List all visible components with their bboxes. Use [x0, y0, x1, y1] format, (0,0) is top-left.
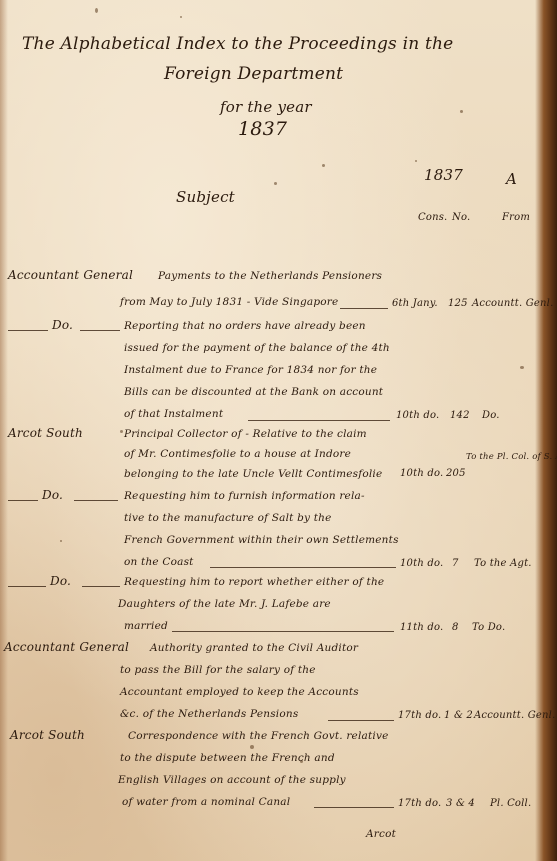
leader-rule [8, 500, 38, 501]
ink-spot [120, 430, 123, 433]
manuscript-page: The Alphabetical Index to the Proceeding… [0, 0, 557, 861]
entry-line: to the dispute between the French and [120, 752, 335, 764]
ink-spot [250, 745, 254, 749]
entry-line: from May to July 1831 - Vide Singapore [120, 296, 338, 308]
entry-from: Accountt. Genl. [472, 298, 553, 309]
entry-number: 3 & 4 [446, 798, 475, 809]
header-from: From [502, 212, 530, 223]
title-line-2: Foreign Department [164, 64, 343, 84]
leader-rule [8, 586, 46, 587]
title-line-1: The Alphabetical Index to the Proceeding… [22, 34, 453, 54]
entry-from: Accountt. Genl. [474, 710, 555, 721]
leader-rule [74, 500, 118, 501]
header-cons: Cons. [418, 212, 447, 223]
entry-heading: Accountant General [8, 268, 133, 282]
entry-number: 205 [446, 468, 466, 479]
entry-line: Correspondence with the French Govt. rel… [128, 730, 389, 742]
leader-rule [80, 330, 120, 331]
entry-line: of water from a nominal Canal [122, 796, 290, 808]
page-edge-left [0, 0, 8, 861]
entry-line: Authority granted to the Civil Auditor [150, 642, 358, 654]
ink-spot [415, 160, 417, 162]
leader-rule [248, 420, 390, 421]
entry-heading: Accountant General [4, 640, 129, 654]
entry-heading: Do. [50, 574, 71, 588]
subject-column-label: Subject [176, 188, 235, 206]
title-line-3: for the year [220, 98, 312, 116]
entry-from: Pl. Coll. [490, 798, 531, 809]
entry-line: Payments to the Netherlands Pensioners [158, 270, 382, 282]
leader-rule [340, 308, 388, 309]
entry-date: 17th do. [398, 710, 441, 721]
entry-line: of that Instalment [124, 408, 223, 420]
entry-from: To Do. [472, 622, 505, 633]
entry-line: Principal Collector of - Relative to the… [124, 428, 367, 440]
entry-date: 6th Jany. [392, 298, 438, 309]
entry-line: Requesting him to report whether either … [124, 576, 384, 588]
entry-heading: Arcot South [8, 426, 83, 440]
leader-rule [314, 807, 394, 808]
leader-rule [172, 631, 394, 632]
ink-spot [460, 110, 463, 113]
catchword: Arcot [366, 828, 396, 840]
entry-line: Instalment due to France for 1834 nor fo… [124, 364, 377, 376]
entry-from: To the Pl. Col. of S. Arcot [466, 452, 557, 462]
entry-number: 7 [452, 558, 459, 569]
header-no: No. [452, 212, 470, 223]
ink-spot [322, 164, 325, 167]
entry-line: Daughters of the late Mr. J. Lafebe are [118, 598, 331, 610]
entry-date: 10th do. [396, 410, 439, 421]
entry-heading: Arcot South [10, 728, 85, 742]
page-edge-right-binding [535, 0, 557, 861]
entry-heading: Do. [52, 318, 73, 332]
title-year: 1837 [238, 118, 287, 140]
entry-line: to pass the Bill for the salary of the [120, 664, 316, 676]
entry-line: tive to the manufacture of Salt by the [124, 512, 332, 524]
entry-number: 142 [450, 410, 470, 421]
ink-spot [274, 182, 277, 185]
entry-number: 1 & 2 [444, 710, 473, 721]
entry-number: 125 [448, 298, 468, 309]
entry-from: Do. [482, 410, 500, 421]
entry-line: on the Coast [124, 556, 194, 568]
header-year: 1837 [424, 166, 463, 184]
entry-date: 10th do. [400, 468, 443, 479]
entry-line: issued for the payment of the balance of… [124, 342, 390, 354]
entry-line: belonging to the late Uncle Vellt Contim… [124, 468, 382, 480]
entry-line: French Government within their own Settl… [124, 534, 399, 546]
entry-line: &c. of the Netherlands Pensions [120, 708, 298, 720]
entry-from: To the Agt. [474, 558, 532, 569]
leader-rule [328, 720, 394, 721]
entry-line: English Villages on account of the suppl… [118, 774, 346, 786]
entry-date: 11th do. [400, 622, 443, 633]
entry-line: Accountant employed to keep the Accounts [120, 686, 359, 698]
entry-number: 8 [452, 622, 459, 633]
leader-rule [82, 586, 120, 587]
entry-line: of Mr. Contimesfolie to a house at Indor… [124, 448, 351, 460]
entry-line: Reporting that no orders have already be… [124, 320, 366, 332]
entry-line: Bills can be discounted at the Bank on a… [124, 386, 383, 398]
header-index-letter: A [506, 170, 517, 188]
ink-spot [95, 8, 98, 13]
leader-rule [8, 330, 48, 331]
ink-spot [180, 16, 182, 18]
entry-line: Requesting him to furnish information re… [124, 490, 365, 502]
entry-heading: Do. [42, 488, 63, 502]
entry-date: 17th do. [398, 798, 441, 809]
entry-date: 10th do. [400, 558, 443, 569]
leader-rule [210, 567, 396, 568]
ink-spot [60, 540, 62, 542]
ink-spot [520, 366, 524, 369]
entry-line: married [124, 620, 168, 632]
